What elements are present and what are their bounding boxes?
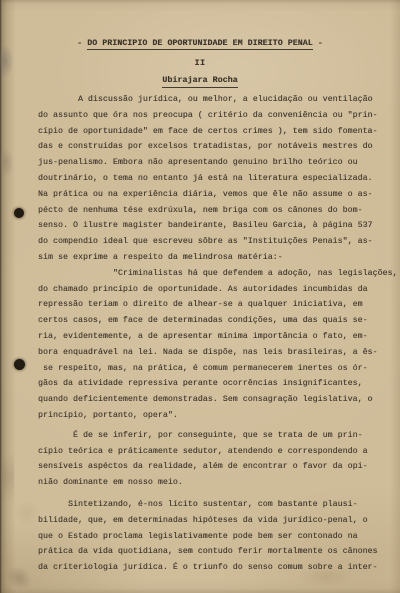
text-line: princípio, portanto, opera". <box>38 408 400 424</box>
text-line: das e construidas por excelsos tratadist… <box>38 139 400 155</box>
text-line: quando deficientemente demonstradas. Sem… <box>38 392 400 408</box>
text-line: jus-penalismo. Embora não apresentando g… <box>38 155 400 171</box>
text-line: certos casos, em face de determinadas co… <box>38 313 400 329</box>
text-line: nião dominante em nosso meio. <box>38 475 400 491</box>
text-line: cípio teórica e práticamente sedutor, at… <box>38 444 400 460</box>
page-title: - DO PRINCIPIO DE OPORTUNIDADE EM DIREIT… <box>0 39 400 49</box>
text-line: que o Estado proclama legislativamente p… <box>38 529 400 545</box>
title-dash-left: - <box>77 39 87 48</box>
text-line: se respeito, mas, na prática, é comum pe… <box>38 361 400 377</box>
typewritten-content: - DO PRINCIPIO DE OPORTUNIDADE EM DIREIT… <box>0 0 400 576</box>
document-body: A discussão jurídica, ou melhor, a eluci… <box>0 92 400 576</box>
text-line: da criteriologia jurídica. É o triunfo d… <box>38 560 400 576</box>
text-line: pécto de nenhuma tése exdrúxula, nem bri… <box>38 203 400 219</box>
text-line: É de se inferir, por conseguinte, que se… <box>38 428 400 444</box>
author-name: Ubirajara Rocha <box>0 75 400 85</box>
text-line: Na prática ou na experiência diária, vem… <box>38 187 400 203</box>
text-line: gãos da atividade repressiva perante oco… <box>38 376 400 392</box>
document-page: - DO PRINCIPIO DE OPORTUNIDADE EM DIREIT… <box>0 0 400 593</box>
text-line: Sintetizando, é-nos lícito sustentar, co… <box>38 497 400 513</box>
text-line: do assunto que óra nos preocupa ( critér… <box>38 108 400 124</box>
text-line: bora enquadrável na lei. Nada se dispõe,… <box>38 345 400 361</box>
paragraph: "Criminalistas há que defendem a adoção,… <box>38 266 400 424</box>
text-line: sim se exprime a respeito da melindrosa … <box>38 250 400 266</box>
text-line: cípio de oportunidade" em face de certos… <box>38 124 400 140</box>
text-line: sensíveis aspéctos da realidade, além de… <box>38 459 400 475</box>
text-line: ria, evidentemente, a de apresentar míni… <box>38 329 400 345</box>
text-line: doutrinário, o tema no entanto já está n… <box>38 171 400 187</box>
section-number: II <box>0 58 400 68</box>
text-line: do compendio ideal que escreveu sôbre as… <box>38 234 400 250</box>
text-line: bilidade, que, em determinadas hipóteses… <box>38 513 400 529</box>
paragraph: A discussão jurídica, ou melhor, a eluci… <box>38 92 400 266</box>
text-line: A discussão jurídica, ou melhor, a eluci… <box>38 92 400 108</box>
text-line: repressão teriam o direito de alhear-se … <box>38 297 400 313</box>
text-line: "Criminalistas há que defendem a adoção,… <box>38 266 400 282</box>
text-line: senso. O ilustre magister bandeirante, B… <box>38 218 400 234</box>
title-text: DO PRINCIPIO DE OPORTUNIDADE EM DIREITO … <box>87 39 313 50</box>
title-dash-right: - <box>313 39 323 48</box>
text-line: do chamado princípio de oportunidade. As… <box>38 282 400 298</box>
text-line: prática da vida quotidiana, sem contudo … <box>38 544 400 560</box>
paragraph: Sintetizando, é-nos lícito sustentar, co… <box>38 497 400 576</box>
paragraph: É de se inferir, por conseguinte, que se… <box>38 428 400 491</box>
